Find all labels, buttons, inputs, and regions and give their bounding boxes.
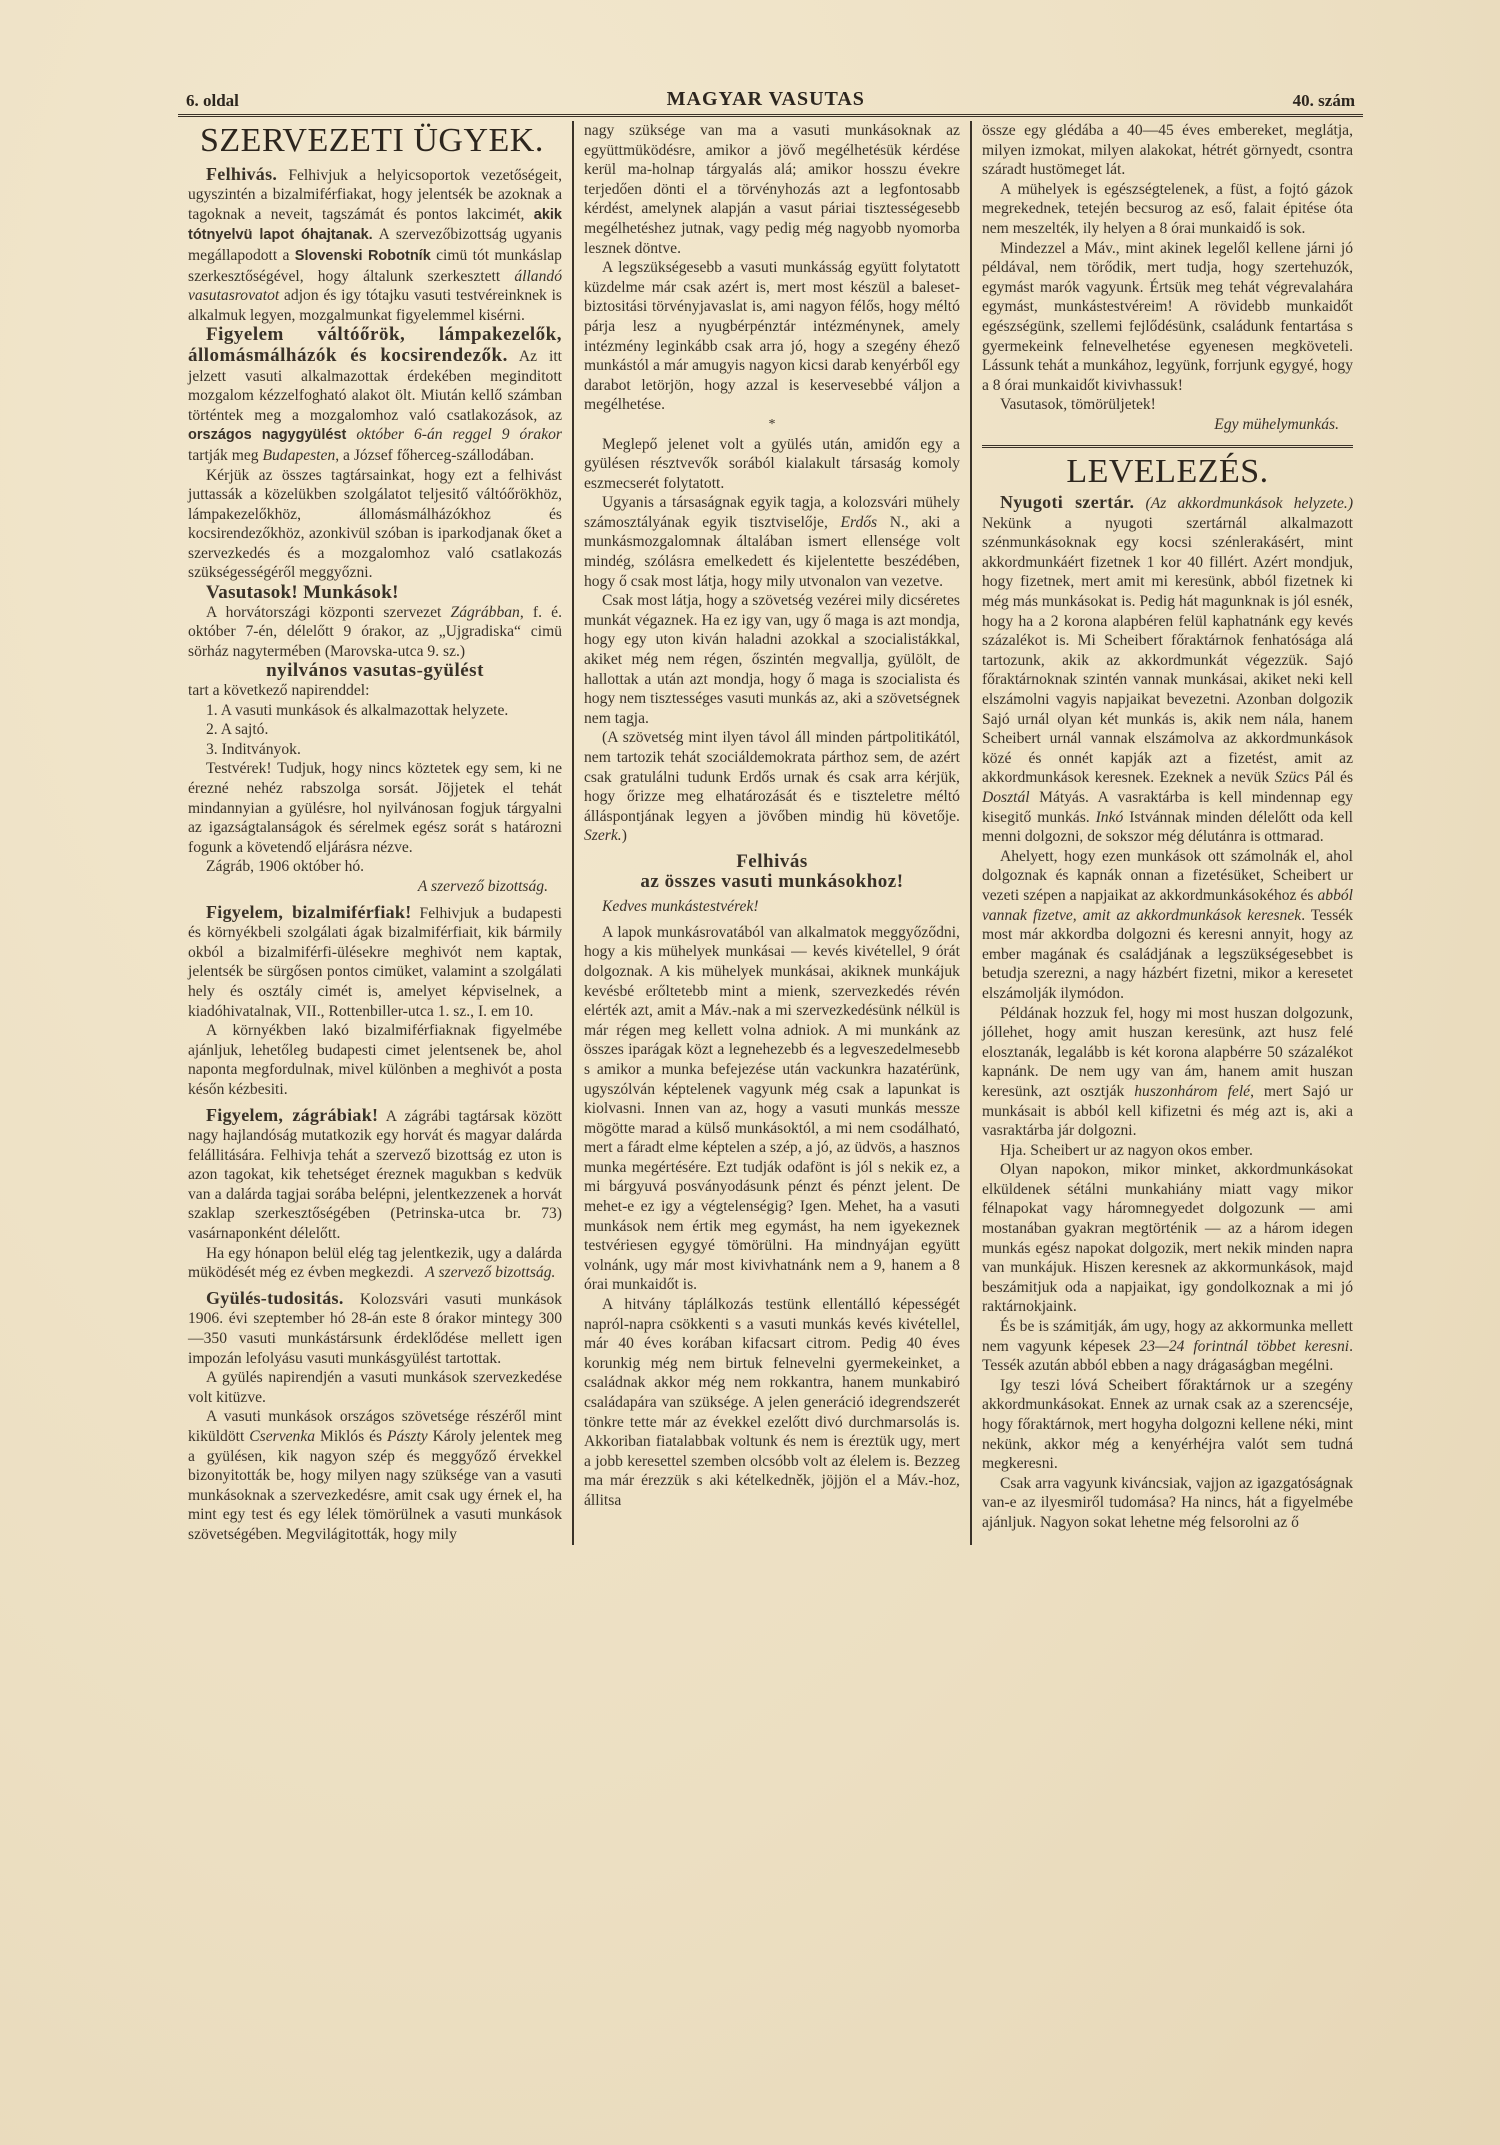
paragraph: Hja. Scheibert ur az nagyon okos ember. xyxy=(982,1141,1353,1161)
section-title-szervezeti: SZERVEZETI ÜGYEK. xyxy=(200,131,562,151)
agenda-list: 1. A vasuti munkások és alkalmazottak he… xyxy=(188,701,562,760)
paragraph: (A szövetség mint ilyen távol áll minden… xyxy=(584,728,960,846)
subheading-gyules: nyilvános vasutas-gyülést xyxy=(188,661,562,681)
paragraph: A vasuti munkások országos szövetsége ré… xyxy=(188,1407,562,1544)
paragraph: Igy teszi lóvá Scheibert főraktárnok ur … xyxy=(982,1376,1353,1474)
paragraph: Meglepő jelenet volt a gyülés után, amid… xyxy=(584,435,960,494)
article-nyugoti-szertar: Nyugoti szertár. (Az akkordmunkások hely… xyxy=(982,493,1353,847)
newspaper-page: 6. oldal MAGYAR VASUTAS 40. szám SZERVEZ… xyxy=(178,88,1363,1545)
page-number: 6. oldal xyxy=(186,91,239,111)
article-lead: Nyugoti szertár. xyxy=(1000,492,1134,512)
paragraph: Példának hozzuk fel, hogy mi most huszan… xyxy=(982,1004,1353,1141)
column-2: nagy szüksége van ma a vasuti munkásokna… xyxy=(574,121,972,1545)
paragraph: Olyan napokon, mikor minket, akkordmunká… xyxy=(982,1160,1353,1317)
article-lead: Figyelem váltóőrök, lámpakezelők, állomá… xyxy=(188,324,562,366)
paragraph: Ahelyett, hogy ezen munkások ott számoln… xyxy=(982,847,1353,1004)
article-gyules-tudositas: Gyülés-tudositás. Kolozsvári vasuti munk… xyxy=(188,1289,562,1368)
article-figyelem-valtoorok: Figyelem váltóőrök, lámpakezelők, állomá… xyxy=(188,325,562,465)
newspaper-title: MAGYAR VASUTAS xyxy=(667,88,865,111)
issue-number: 40. szám xyxy=(1293,91,1355,111)
agenda-item: 3. Inditványok. xyxy=(188,740,562,760)
article-heading-vasutasok: Vasutasok! Munkások! xyxy=(188,583,562,603)
paragraph: Testvérek! Tudjuk, hogy nincs köztetek e… xyxy=(188,759,562,857)
agenda-item: 1. A vasuti munkások és alkalmazottak he… xyxy=(188,701,562,721)
article-heading-felhivas: Felhivás xyxy=(584,852,960,872)
asterisk-divider: * xyxy=(584,415,960,435)
masthead: 6. oldal MAGYAR VASUTAS 40. szám xyxy=(178,88,1363,117)
paragraph: A környékben lakó bizalmiférfiaknak figy… xyxy=(188,1021,562,1099)
columns: SZERVEZETI ÜGYEK. Felhivás. Felhivjuk a … xyxy=(178,121,1363,1545)
salutation: Kedves munkástestvérek! xyxy=(584,897,960,917)
article-felhivas: Felhivás. Felhivjuk a helyicsoportok vez… xyxy=(188,165,562,326)
paragraph: Kérjük az összes tagtársainkat, hogy ezt… xyxy=(188,466,562,584)
paragraph: Csak arra vagyunk kiváncsiak, vajjon az … xyxy=(982,1474,1353,1533)
paragraph: A gyülés napirendjén a vasuti munkások s… xyxy=(188,1368,562,1407)
article-zagrabiak: Figyelem, zágrábiak! A zágrábi tagtársak… xyxy=(188,1106,562,1244)
paragraph: Ha egy hónapon belül elég tag jelentkezi… xyxy=(188,1244,562,1283)
section-title-levelezes: LEVELEZÉS. xyxy=(982,462,1353,482)
paragraph: A lapok munkásrovatából van alkalmatok m… xyxy=(584,923,960,1295)
paragraph: Csak most látja, hogy a szövetség vezére… xyxy=(584,591,960,728)
paragraph: Ugyanis a társaságnak egyik tagja, a kol… xyxy=(584,493,960,591)
paragraph: A legszükségesebb a vasuti munkásság egy… xyxy=(584,258,960,415)
paragraph: A mühelyek is egészségtelenek, a füst, a… xyxy=(982,180,1353,239)
signature: Egy mühelymunkás. xyxy=(982,415,1353,435)
signature: A szervező bizottság. xyxy=(188,877,562,897)
signature: A szervező bizottság. xyxy=(425,1264,555,1281)
column-1: SZERVEZETI ÜGYEK. Felhivás. Felhivjuk a … xyxy=(178,121,574,1545)
article-lead: Felhivás. xyxy=(206,164,277,184)
article-bizalmiferfiak: Figyelem, bizalmiférfiak! Felhivjuk a bu… xyxy=(188,903,562,1022)
column-3: össze egy glédába a 40—45 éves embereket… xyxy=(972,121,1363,1545)
article-lead: Figyelem, bizalmiférfiak! xyxy=(206,902,412,922)
article-subheading: az összes vasuti munkásokhoz! xyxy=(584,872,960,892)
paragraph: A hitvány táplálkozás testünk ellentálló… xyxy=(584,1295,960,1511)
article-lead: Figyelem, zágrábiak! xyxy=(206,1105,378,1125)
paragraph: A horvátországi központi szervezet Zágrá… xyxy=(188,603,562,662)
paragraph: nagy szüksége van ma a vasuti munkásokna… xyxy=(584,121,960,258)
section-divider xyxy=(982,445,1353,448)
paragraph: tart a következő napirenddel: xyxy=(188,681,562,701)
paragraph: Mindezzel a Máv., mint akinek legelől ke… xyxy=(982,239,1353,396)
agenda-item: 2. A sajtó. xyxy=(188,720,562,740)
article-lead: Gyülés-tudositás. xyxy=(206,1288,344,1308)
paragraph: össze egy glédába a 40—45 éves embereket… xyxy=(982,121,1353,180)
paragraph: És be is számitják, ám ugy, hogy az akko… xyxy=(982,1317,1353,1376)
dateline: Zágráb, 1906 október hó. xyxy=(188,857,562,877)
paragraph: Vasutasok, tömörüljetek! xyxy=(982,395,1353,415)
